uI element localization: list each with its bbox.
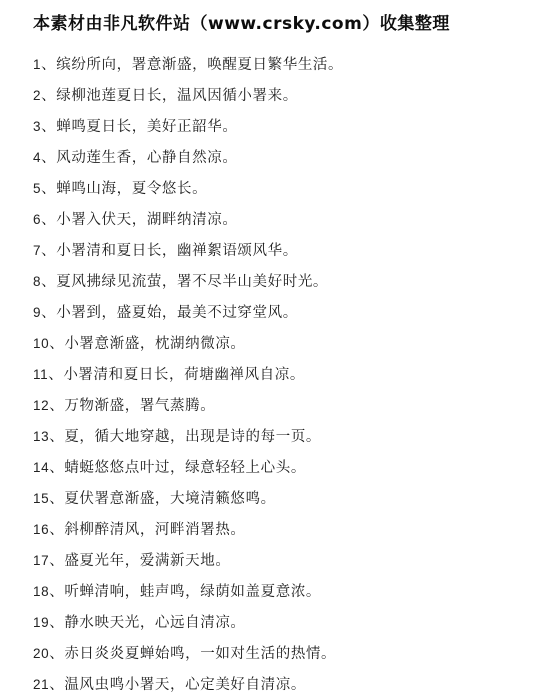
item-text: 缤纷所向，署意渐盛，唤醒夏日繁华生活。 [56,57,343,73]
item-separator: 、 [49,429,64,445]
item-text: 斜柳醉清风，河畔消署热。 [64,522,245,538]
list-item: 11、小署清和夏日长，荷塘幽禅风自凉。 [33,365,537,385]
item-separator: 、 [48,367,63,383]
list-item: 21、温风虫鸣小署天，心定美好自清凉。 [33,675,537,695]
list-item: 12、万物渐盛，署气蒸腾。 [33,396,537,416]
item-number: 13 [33,429,49,444]
item-text: 蝉鸣山海，夏令悠长。 [56,181,207,197]
item-text: 绿柳池莲夏日长，温风因循小署来。 [56,88,298,104]
item-separator: 、 [41,243,56,259]
item-text: 小署清和夏日长，幽禅絮语颂风华。 [56,243,298,259]
item-separator: 、 [41,274,56,290]
item-number: 15 [33,491,49,506]
item-number: 17 [33,553,49,568]
item-separator: 、 [41,305,56,321]
item-separator: 、 [41,150,56,166]
list-item: 9、小署到，盛夏始，最美不过穿堂风。 [33,303,537,323]
item-number: 14 [33,460,49,475]
item-text: 夏风拂绿见流萤，署不尽半山美好时光。 [56,274,328,290]
list-item: 15、夏伏署意渐盛，大境清籁悠鸣。 [33,489,537,509]
item-text: 小署清和夏日长，荷塘幽禅风自凉。 [63,367,305,383]
item-number: 8 [33,274,41,289]
item-separator: 、 [49,553,64,569]
list-item: 7、小署清和夏日长，幽禅絮语颂风华。 [33,241,537,261]
item-number: 19 [33,615,49,630]
item-separator: 、 [49,522,64,538]
item-number: 5 [33,181,41,196]
item-text: 夏，循大地穿越，出现是诗的每一页。 [64,429,321,445]
page-title: 本素材由非凡软件站（www.crsky.com）收集整理 [33,13,537,35]
item-separator: 、 [49,491,64,507]
item-separator: 、 [49,336,64,352]
item-number: 16 [33,522,49,537]
document-page: 本素材由非凡软件站（www.crsky.com）收集整理 1、缤纷所向，署意渐盛… [0,0,557,698]
item-text: 温风虫鸣小署天，心定美好自清凉。 [64,677,306,693]
item-separator: 、 [49,584,64,600]
item-number: 10 [33,336,49,351]
item-separator: 、 [49,460,64,476]
item-number: 9 [33,305,41,320]
list-item: 10、小署意渐盛，枕湖纳微凉。 [33,334,537,354]
list-item: 3、蝉鸣夏日长，美好正韶华。 [33,117,537,137]
item-text: 小署入伏天，湖畔纳清凉。 [56,212,237,228]
item-text: 静水映天光，心远自清凉。 [64,615,245,631]
item-text: 盛夏光年，爱满新天地。 [64,553,230,569]
item-number: 6 [33,212,41,227]
item-text: 听蝉清响，蛙声鸣，绿荫如盖夏意浓。 [64,584,321,600]
item-separator: 、 [41,181,56,197]
item-separator: 、 [41,119,56,135]
quote-list: 1、缤纷所向，署意渐盛，唤醒夏日繁华生活。2、绿柳池莲夏日长，温风因循小署来。3… [33,55,537,695]
item-text: 赤日炎炎夏蝉始鸣，一如对生活的热情。 [64,646,336,662]
list-item: 5、蝉鸣山海，夏令悠长。 [33,179,537,199]
list-item: 19、静水映天光，心远自清凉。 [33,613,537,633]
item-text: 夏伏署意渐盛，大境清籁悠鸣。 [64,491,275,507]
item-number: 1 [33,57,41,72]
item-number: 20 [33,646,49,661]
item-separator: 、 [49,677,64,693]
item-number: 18 [33,584,49,599]
list-item: 2、绿柳池莲夏日长，温风因循小署来。 [33,86,537,106]
item-separator: 、 [49,615,64,631]
item-number: 11 [33,367,48,382]
list-item: 8、夏风拂绿见流萤，署不尽半山美好时光。 [33,272,537,292]
item-text: 蜻蜓悠悠点叶过，绿意轻轻上心头。 [64,460,306,476]
item-number: 7 [33,243,41,258]
item-text: 风动莲生香，心静自然凉。 [56,150,237,166]
list-item: 20、赤日炎炎夏蝉始鸣，一如对生活的热情。 [33,644,537,664]
list-item: 18、听蝉清响，蛙声鸣，绿荫如盖夏意浓。 [33,582,537,602]
item-text: 蝉鸣夏日长，美好正韶华。 [56,119,237,135]
list-item: 17、盛夏光年，爱满新天地。 [33,551,537,571]
item-separator: 、 [41,88,56,104]
item-text: 小署意渐盛，枕湖纳微凉。 [64,336,245,352]
list-item: 16、斜柳醉清风，河畔消署热。 [33,520,537,540]
item-text: 小署到，盛夏始，最美不过穿堂风。 [56,305,298,321]
item-number: 12 [33,398,49,413]
list-item: 13、夏，循大地穿越，出现是诗的每一页。 [33,427,537,447]
item-number: 4 [33,150,41,165]
item-separator: 、 [41,212,56,228]
list-item: 6、小署入伏天，湖畔纳清凉。 [33,210,537,230]
item-number: 3 [33,119,41,134]
item-separator: 、 [49,398,64,414]
item-separator: 、 [41,57,56,73]
item-separator: 、 [49,646,64,662]
item-number: 21 [33,677,49,692]
item-text: 万物渐盛，署气蒸腾。 [64,398,215,414]
item-number: 2 [33,88,41,103]
list-item: 1、缤纷所向，署意渐盛，唤醒夏日繁华生活。 [33,55,537,75]
list-item: 14、蜻蜓悠悠点叶过，绿意轻轻上心头。 [33,458,537,478]
list-item: 4、风动莲生香，心静自然凉。 [33,148,537,168]
